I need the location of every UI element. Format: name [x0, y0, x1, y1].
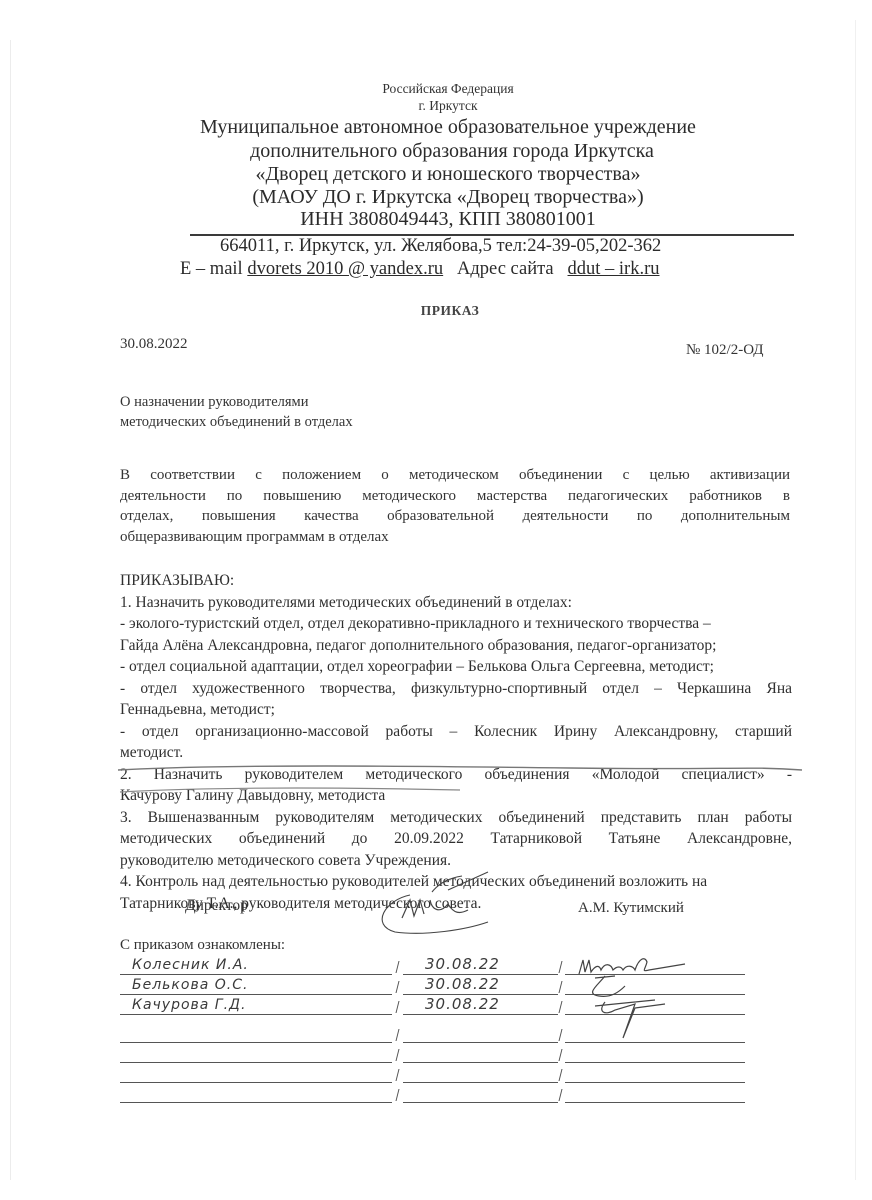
slash-separator [396, 981, 400, 993]
acknowledgement-row: Белькова О.С. 30.08.22 [120, 975, 760, 995]
header-org-line-3: «Дворец детского и юношеского творчества… [12, 163, 872, 186]
ack-name-cell [120, 1042, 392, 1063]
document-date: 30.08.2022 [120, 336, 188, 353]
site-label: Адрес сайта [443, 259, 567, 279]
header-address: 664011, г. Иркутск, ул. Желябова,5 тел:2… [220, 236, 661, 257]
ack-name-cell: Качурова Г.Д. [120, 994, 392, 1015]
slash-separator [559, 961, 563, 973]
slash-separator [396, 1001, 400, 1013]
ack-date: 30.08.22 [425, 995, 500, 1013]
acknowledgement-title: С приказом ознакомлены: [120, 937, 285, 954]
ack-signature-cell [565, 1082, 745, 1103]
order-line: 1. Назначить руководителями методических… [120, 592, 792, 614]
header-org-line-4: (МАОУ ДО г. Иркутска «Дворец творчества»… [12, 186, 872, 209]
ack-signature-cell [565, 994, 745, 1015]
slash-separator [559, 1001, 563, 1013]
signatory-name: А.М. Кутимский [578, 900, 684, 917]
ack-name-cell [120, 1062, 392, 1083]
order-line: - отдел организационно-массовой работы –… [120, 721, 792, 743]
scanned-document-page: Российская Федерация г. Иркутск Муниципа… [0, 0, 872, 1200]
acknowledgement-row-empty [120, 1083, 760, 1103]
order-line: 3. Вышеназванным руководителям методичес… [120, 807, 792, 829]
ack-date: 30.08.22 [425, 975, 500, 993]
ack-date-cell: 30.08.22 [403, 974, 558, 995]
ack-date-cell: 30.08.22 [403, 994, 558, 1015]
ack-name: Колесник И.А. [132, 957, 249, 973]
order-line: методических объединений до 20.09.2022 Т… [120, 828, 792, 850]
order-heading: ПРИКАЗЫВАЮ: [120, 570, 792, 592]
slash-separator [396, 1089, 400, 1101]
order-body: ПРИКАЗЫВАЮ: 1. Назначить руководителями … [120, 570, 792, 914]
site-link[interactable]: ddut – irk.ru [568, 259, 660, 279]
slash-separator [396, 961, 400, 973]
ack-date: 30.08.22 [425, 955, 500, 973]
ack-signature-cell [565, 1062, 745, 1083]
header-org-line-2: дополнительного образования города Иркут… [16, 140, 872, 163]
acknowledgement-row-empty [120, 1023, 760, 1043]
pen-underline-mark [110, 758, 810, 798]
ack-date-cell [403, 1082, 558, 1103]
acknowledgement-row-empty [120, 1043, 760, 1063]
slash-separator [559, 1029, 563, 1041]
slash-separator [559, 1049, 563, 1061]
order-line: - отдел художественного творчества, физк… [120, 678, 792, 700]
slash-separator [396, 1049, 400, 1061]
slash-separator [559, 981, 563, 993]
intro-line: отделах, повышения качества образователь… [120, 506, 790, 527]
ack-name-cell: Белькова О.С. [120, 974, 392, 995]
director-signature [370, 870, 490, 940]
ack-name-cell [120, 1022, 392, 1043]
intro-line: В соответствии с положением о методическ… [120, 465, 790, 486]
ack-name: Качурова Г.Д. [132, 997, 246, 1013]
intro-line: общеразвивающим программам в отделах [120, 527, 790, 548]
header-country: Российская Федерация [12, 81, 872, 97]
slash-separator [559, 1069, 563, 1081]
order-line: - эколого-туристский отдел, отдел декора… [120, 613, 792, 635]
ack-date-cell [403, 1022, 558, 1043]
ack-name: Белькова О.С. [132, 977, 248, 993]
header-inn-kpp: ИНН 3808049443, КПП 380801001 [12, 208, 872, 231]
subject-line-1: О назначении руководителями [120, 392, 353, 412]
scan-edge-left [10, 40, 11, 1180]
signatory-position: Директор [185, 897, 248, 915]
intro-paragraph: В соответствии с положением о методическ… [120, 465, 790, 547]
order-line: Геннадьевна, методист; [120, 699, 792, 721]
ack-name-cell [120, 1082, 392, 1103]
document-subject: О назначении руководителями методических… [120, 392, 353, 432]
intro-line: деятельности по повышению методического … [120, 486, 790, 507]
order-line: Гайда Алёна Александровна, педагог допол… [120, 635, 792, 657]
subject-line-2: методических объединений в отделах [120, 412, 353, 432]
header-city: г. Иркутск [12, 98, 872, 114]
document-number: № 102/2-ОД [686, 342, 764, 359]
ack-signature-cell [565, 1042, 745, 1063]
ack-signature-cell [565, 1022, 745, 1043]
header-org-line-1: Муниципальное автономное образовательное… [12, 116, 872, 139]
header-contacts: E – mail dvorets 2010 @ yandex.ru Адрес … [180, 259, 660, 280]
acknowledgement-row-empty [120, 1063, 760, 1083]
ack-date-cell [403, 1042, 558, 1063]
slash-separator [559, 1089, 563, 1101]
slash-separator [396, 1029, 400, 1041]
ack-name-cell: Колесник И.А. [120, 954, 392, 975]
ack-date-cell [403, 1062, 558, 1083]
email-label: E – mail [180, 259, 247, 279]
order-line: - отдел социальной адаптации, отдел хоре… [120, 656, 792, 678]
document-title: ПРИКАЗ [0, 303, 872, 319]
ack-signature-cell [565, 974, 745, 995]
ack-date-cell: 30.08.22 [403, 954, 558, 975]
acknowledgement-row: Качурова Г.Д. 30.08.22 [120, 995, 760, 1015]
email-link[interactable]: dvorets 2010 @ yandex.ru [247, 259, 443, 279]
slash-separator [396, 1069, 400, 1081]
order-line: руководителю методического совета Учрежд… [120, 850, 792, 872]
